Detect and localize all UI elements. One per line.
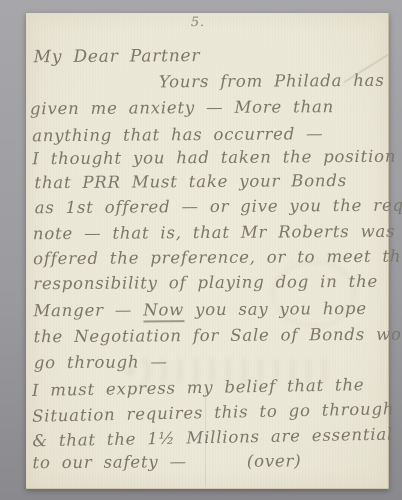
line-text: the Negotiation for Sale of Bonds won't [34, 324, 402, 346]
line-text: I must express my belief that the [32, 375, 365, 400]
letter-line: Manger — Now you say you hope [33, 299, 367, 320]
line-text: you say you hope [184, 299, 367, 319]
letter-line: responsibility of playing dog in the [33, 272, 378, 293]
letter-line: go through — [34, 352, 168, 372]
letter-line: anything that has occurred — [32, 124, 323, 145]
letter-line: I must express my belief that the [32, 375, 365, 400]
line-text: I thought you had taken the position [32, 147, 396, 169]
line-text: go through — [34, 352, 168, 372]
letter-line: & that the 1½ Millions are essential [32, 425, 393, 451]
letter-line: given me anxiety — More than [30, 97, 334, 118]
photo-background: 5. My Dear Partner Yours from Philada ha… [0, 0, 402, 500]
letter-line: that PRR Must take your Bonds [34, 171, 347, 192]
line-text: given me anxiety — More than [30, 97, 334, 118]
letter-line: the Negotiation for Sale of Bonds won't [34, 324, 402, 346]
letter-line: Yours from Philada has [159, 71, 385, 92]
letter-line: I thought you had taken the position [32, 147, 396, 169]
letter-line: as 1st offered — or give you the require… [35, 195, 402, 217]
underlined-word: Now [143, 300, 184, 322]
handwritten-text: 5. My Dear Partner Yours from Philada ha… [24, 12, 390, 491]
line-text: Manger — [33, 300, 143, 320]
line-text: responsibility of playing dog in the [33, 272, 378, 293]
letter-line: Situation requires this to go through [32, 399, 394, 426]
line-text: offered the preference, or to meet the [33, 247, 402, 269]
salutation: My Dear Partner [34, 46, 201, 67]
over-note: (over) [247, 451, 302, 470]
line-text: & that the 1½ Millions are essential [32, 425, 393, 451]
line-text: Yours from Philada has [159, 71, 385, 92]
page-number: 5. [16, 14, 379, 32]
line-text: Situation requires this to go through [32, 399, 394, 426]
line-text: anything that has occurred — [32, 124, 323, 145]
letter-line: to our safety —(over) [32, 451, 301, 472]
line-text: as 1st offered — or give you the require… [35, 195, 402, 217]
letter-line: note — that is, that Mr Roberts was [33, 222, 396, 244]
line-text: that PRR Must take your Bonds [34, 171, 347, 192]
line-text: to our safety — [32, 452, 187, 472]
letter-line: offered the preference, or to meet the [33, 247, 402, 269]
letter-page: 5. My Dear Partner Yours from Philada ha… [26, 13, 389, 489]
line-text: note — that is, that Mr Roberts was [33, 222, 396, 244]
